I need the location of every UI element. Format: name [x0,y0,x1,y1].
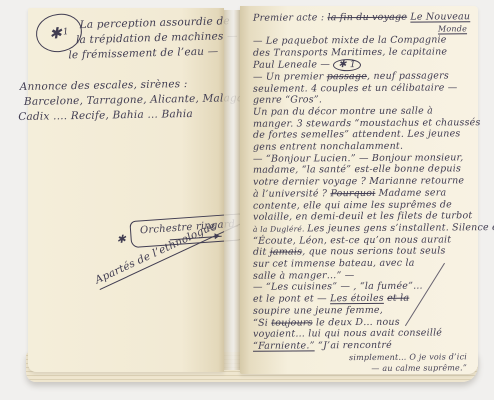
manuscript-segment-underline: Le Nouveau [410,11,470,22]
manuscript-segment: votre dernier voyage ? Marianne retourne [253,175,464,187]
manuscript-segment-strike: jamais [270,247,302,258]
manuscript-segment-underline: “Farniente.” [253,340,315,351]
manuscript-segment: “J’ai rencontré [315,340,392,352]
manuscript-segment: — Le paquebot mixte de la Compagnie [253,35,447,47]
manuscript-segment: “Écoute, Léon, est-ce qu’on nous aurait [253,234,451,246]
manuscript-segment: de fortes semelles” attendent. Les jeune… [253,129,461,141]
right-page: Premier acte : la fin du voyage Le Nouve… [240,6,478,374]
asterisk-icon: ✱ [48,24,63,43]
manuscript-segment: le deux D… nous [313,316,400,328]
manuscript-segment: simplement… O je vois d’ici [349,352,467,362]
manuscript-segment: , que nous serions tout seuls [302,246,445,258]
manuscript-line: soupire une jeune femme, [253,304,475,317]
manuscript-segment: madame, “la santé” est-elle bonne depuis [253,164,461,176]
manuscript-segment: Un pan du décor montre une salle à [253,105,433,117]
manuscript-line: Cadix .... Recife, Bahia ... Bahia [18,106,247,125]
manuscript-segment-underline: Monde [438,24,467,33]
manuscript-segment: — Un premier [253,71,327,83]
manuscript-segment: soupire une jeune femme, [253,305,383,317]
manuscript-line: à l’université ? Pourquoi Madame sera [253,187,475,200]
left-page: ✱1 La perception assourdie dela trépidat… [28,8,224,372]
manuscript-segment: voyaient… lui qui nous avait conseillé [253,328,442,340]
manuscript-segment: et le pont et — [253,293,330,305]
manuscript-segment: gens entrent nonchalamment. [253,141,403,153]
book-gutter [224,10,240,370]
manuscript-line: — au calme suprême.” [253,363,475,376]
manuscript-segment: à l’université ? [253,188,331,200]
manuscript-segment-circle: ✱ 1 [333,59,361,71]
manuscript-segment: contente, elle qui aime les suprêmes de [253,199,452,211]
asterisk-icon: ✱ [116,232,126,246]
manuscript-segment-small-seg: à la Dugléré. [253,224,307,233]
open-notebook: ✱1 La perception assourdie dela trépidat… [0,0,494,400]
manuscript-segment: — au calme suprême.” [371,364,467,374]
manuscript-segment: des Transports Maritimes, le capitaine [253,47,447,59]
manuscript-segment: dit [253,247,270,258]
manuscript-segment: volaille, en demi-deuil et les filets de… [253,210,472,223]
right-page-text: Premier acte : la fin du voyage Le Nouve… [253,12,475,375]
manuscript-line: — Un premier passage, neuf passagers [253,70,475,83]
manuscript-segment-strike: passage [327,71,367,82]
manuscript-line: à la Dugléré. Les jeunes gens s’installe… [253,222,475,235]
manuscript-segment: Paul Leneale — [253,59,333,71]
manuscript-segment: “Si [253,317,271,328]
manuscript-segment: — “Les cuisines” — , “la fumée”… [253,281,423,293]
manuscript-segment-underline: Les étoiles [330,293,384,304]
manuscript-segment: Madame sera [375,187,446,198]
manuscript-segment: , neuf passagers [367,70,449,82]
manuscript-segment-strike: Pourquoi [330,188,375,199]
manuscript-segment-strike: et la [387,293,409,304]
manuscript-segment: salle à manger…” — [253,270,355,282]
manuscript-segment-strike: toujours [271,317,313,328]
manuscript-segment: sur cet immense bateau, avec la [253,258,415,270]
left-paragraph-perception: La perception assourdie dela trépidation… [79,14,238,63]
manuscript-segment: seulement. 4 couples et un célibataire — [253,82,458,94]
manuscript-line: le frémissement de l’eau — [68,44,238,63]
manuscript-segment: Premier acte : [253,12,328,24]
manuscript-line: Un pan du décor montre une salle à [253,105,475,118]
mark-number: 1 [62,27,69,38]
manuscript-segment: Les jeunes gens s’installent. Silence et [307,222,494,234]
left-paragraph-escales: Annonce des escales, sirènes :Barcelone,… [20,76,248,125]
manuscript-segment-strike: la fin du voyage [327,12,407,24]
manuscript-segment: genre “Gros”. [253,95,322,106]
